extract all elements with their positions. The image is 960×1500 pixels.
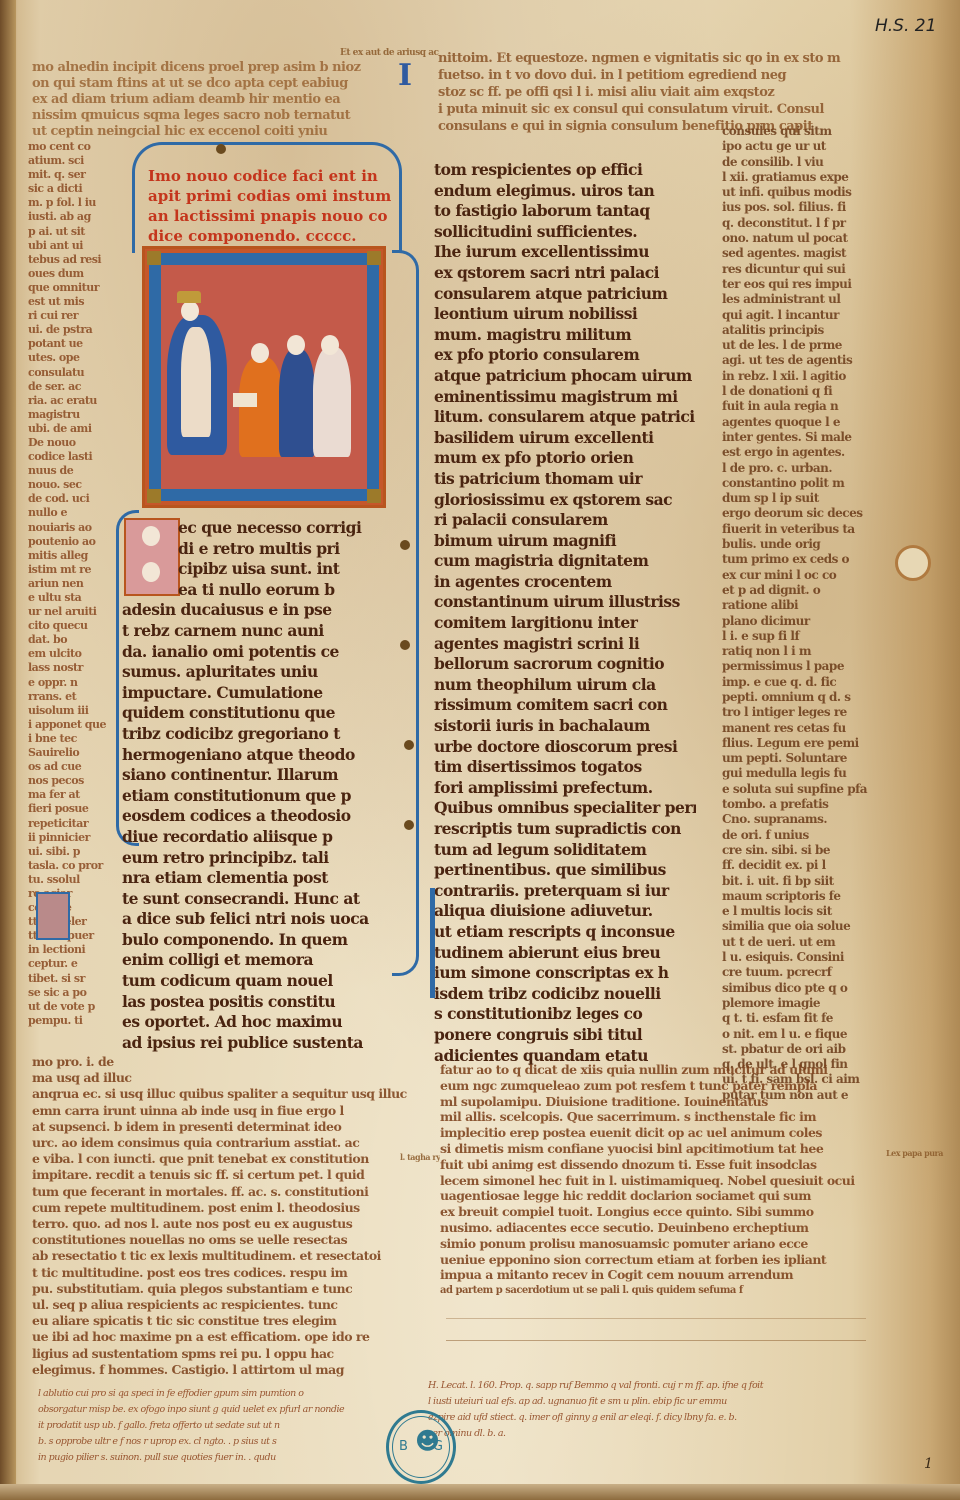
binding-spine [0, 0, 16, 1500]
bottom-notes-left: l ablutio cui pro si qa speci in fe effo… [38, 1386, 388, 1466]
main-text-right-column: tom respicientes op effici endum elegimu… [434, 160, 696, 1066]
shelfmark: H.S. 21 [875, 16, 936, 36]
stamp-letter-right: G [433, 1439, 443, 1454]
gloss-line: mo alnedin incipit dicens proel prep asi… [32, 60, 392, 76]
miniature-emperor-scene [142, 246, 386, 508]
parchment-hole [895, 545, 931, 581]
gloss-line: on qui stam ftins at ut se dco apta cept… [32, 76, 392, 92]
figure-white-head [321, 335, 339, 355]
bottom-notes-right: H. Lecat. l. 160. Prop. q. sapp ruf Bemm… [428, 1378, 888, 1442]
lower-marginal-note-right: Lex papa pura [886, 1146, 956, 1160]
top-gloss-left: mo alnedin incipit dicens proel prep asi… [32, 60, 392, 140]
figure-blue [279, 349, 315, 457]
emperor-tunic [181, 327, 211, 437]
manuscript-page: H.S. 21 mo alnedin incipit dicens proel … [0, 0, 960, 1500]
lower-right-commentary: fatur ao to q dicat de xiis quia nullin … [440, 1062, 890, 1299]
gloss-line: ut ceptin neingcial hic ex eccenol coiti… [32, 124, 392, 140]
frame-corner [147, 489, 161, 503]
miniature-background [161, 265, 367, 489]
blue-initial-I: I [398, 58, 412, 93]
lower-marginal-note-left: l. tagha ryl. f. [400, 1150, 440, 1164]
figure-orange [239, 357, 283, 457]
top-marginal-note: Et ex aut de ariusq ac [340, 46, 440, 60]
right-gloss-column: consules qui sitm ipo actu ge ur ut de c… [722, 124, 892, 1103]
figure-orange-head [251, 343, 269, 363]
crown-icon [177, 291, 201, 303]
gloss-line: ex ad diam trium adiam deamb hir mentio … [32, 92, 392, 108]
library-stamp: B ☻ G [386, 1410, 456, 1484]
stamp-letter-left: B [399, 1439, 408, 1454]
book-icon [233, 393, 257, 407]
blue-paragraph-mark [430, 888, 435, 998]
initial-N-left-gloss [36, 892, 70, 940]
gloss-line: nissim qmuicus sqma leges sacro nob tern… [32, 108, 392, 124]
folio-mark: 1 [924, 1456, 933, 1472]
top-gloss-right: nittoim. Et equestoze. ngmen e vignitati… [438, 50, 868, 135]
main-text-left-column: ec que necesso corrigi di e retro multis… [122, 518, 408, 1053]
gold-dot [216, 144, 226, 154]
frame-corner [367, 489, 381, 503]
frame-corner [367, 251, 381, 265]
figure-white [313, 347, 351, 457]
page-bottom-edge [0, 1484, 960, 1500]
ruled-line [446, 1340, 866, 1341]
frame-corner [147, 251, 161, 265]
ruled-line [446, 1318, 866, 1319]
figure-blue-head [287, 335, 305, 355]
emperor-head [181, 301, 199, 321]
lower-left-commentary: mo pro. i. de ma usq ad illuc anqrua ec.… [32, 1054, 410, 1378]
